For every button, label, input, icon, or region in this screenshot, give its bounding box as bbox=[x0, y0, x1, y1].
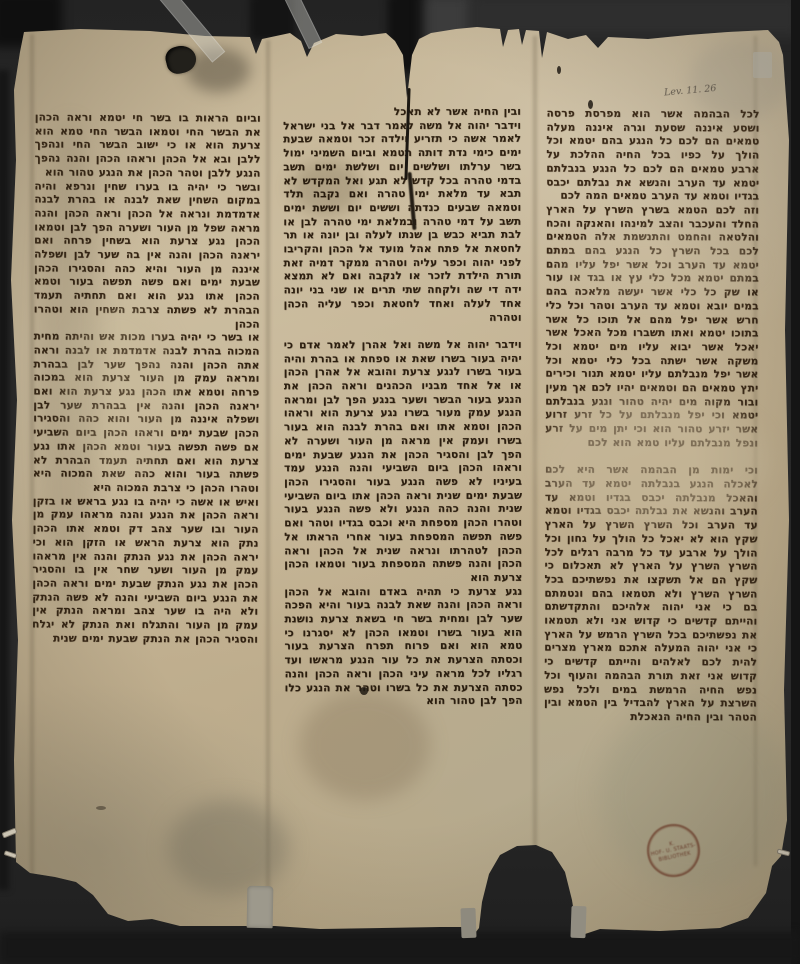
fold-crease bbox=[533, 36, 537, 856]
text-column-right-lev-11: לכל הבהמה אשר הוא מפרסת פרסה ושסע איננה … bbox=[543, 108, 759, 823]
mounting-tab bbox=[247, 886, 274, 928]
ink-spot bbox=[557, 66, 561, 74]
fold-crease bbox=[266, 40, 270, 920]
ink-spot bbox=[360, 687, 368, 695]
corner-fold-crease bbox=[699, 0, 783, 31]
mounting-tab bbox=[570, 906, 586, 939]
ink-spot bbox=[588, 100, 593, 109]
text-column-left-lev-13: וביום הראות בו בשר חי יטמא וראה הכהן את … bbox=[31, 111, 261, 814]
parchment-sheet: לכל הבהמה אשר הוא מפרסת פרסה ושסע איננה … bbox=[0, 0, 800, 964]
manuscript-photo: לכל הבהמה אשר הוא מפרסת פרסה ושסע איננה … bbox=[0, 0, 800, 964]
mounting-tape bbox=[753, 52, 772, 78]
text-column-middle-lev-12-13: ובין החיה אשר לא תאכל וידבר יהוה אל משה … bbox=[283, 106, 523, 804]
ink-spot bbox=[96, 806, 106, 810]
mounting-tab bbox=[460, 908, 476, 939]
parchment-surface: לכל הבהמה אשר הוא מפרסת פרסה ושסע איננה … bbox=[0, 0, 800, 964]
